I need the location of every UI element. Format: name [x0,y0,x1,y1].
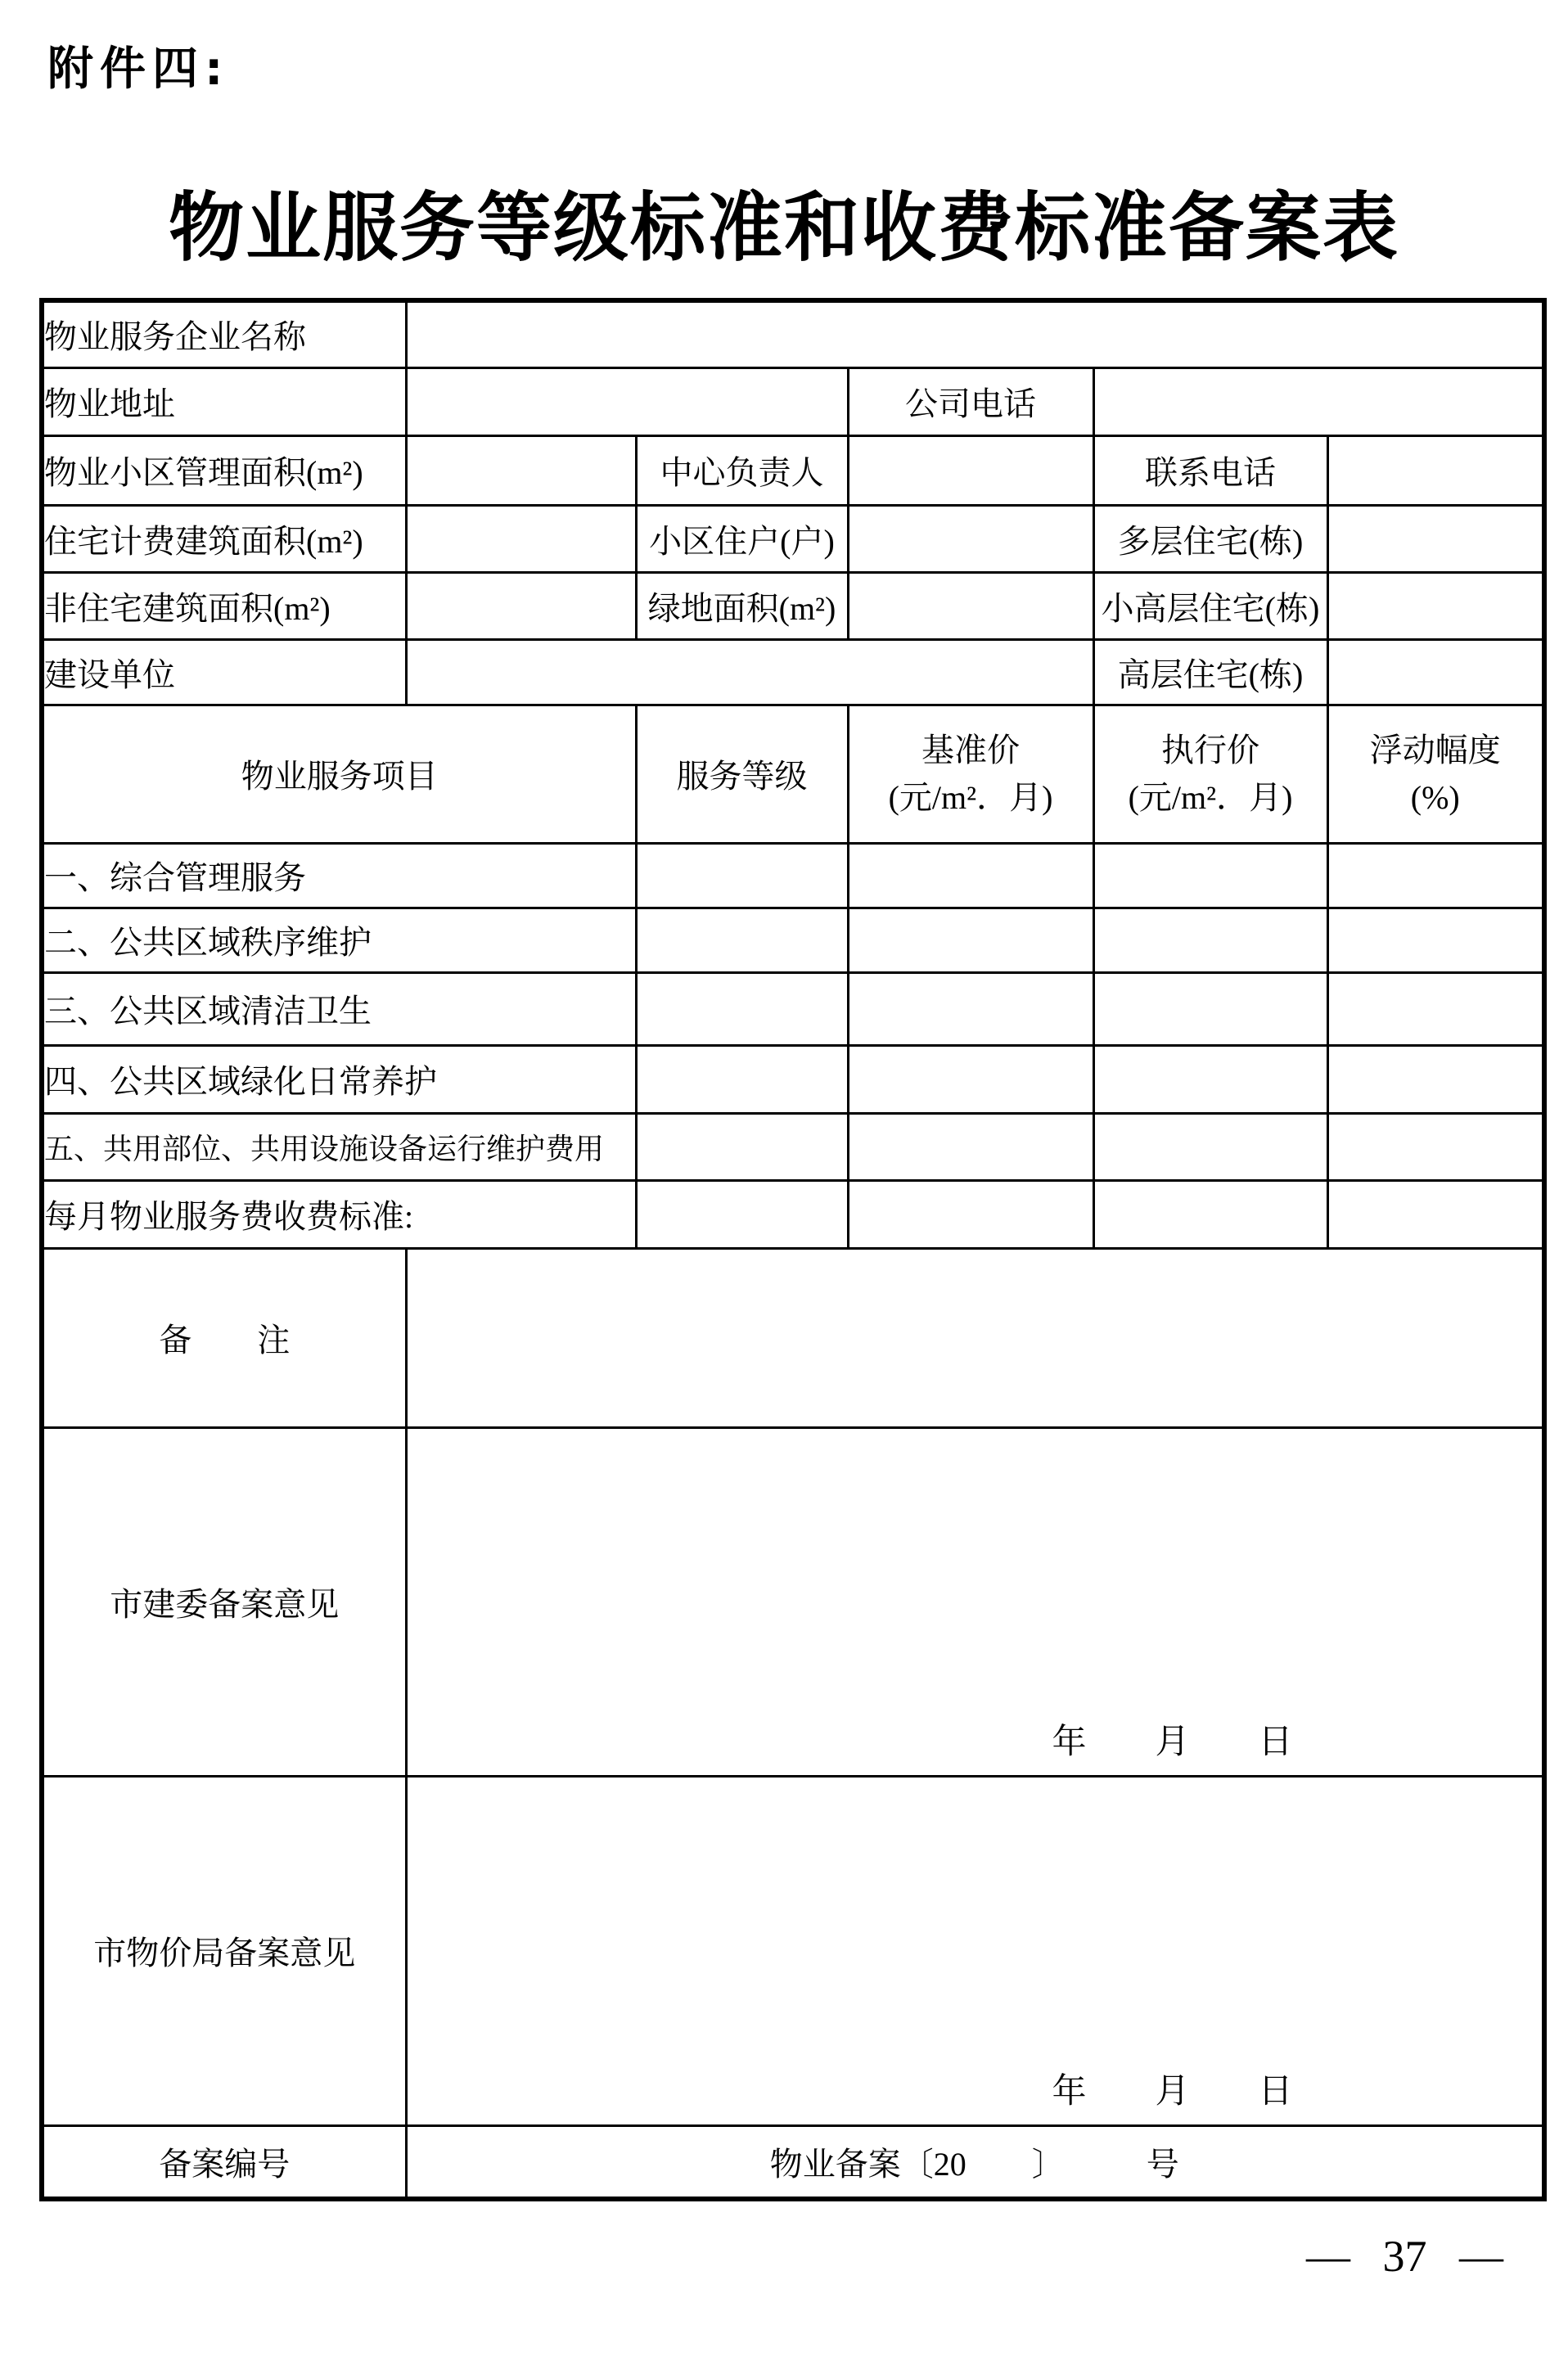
item6-base-price-cell [848,1180,1093,1248]
green-area-value-cell [848,572,1093,639]
property-address-label: 物业地址 [42,367,406,435]
exec-price-header-line2: (元/m²．月) [1095,774,1327,822]
property-address-value-cell [406,367,848,435]
center-manager-value-cell [848,435,1093,505]
base-price-header: 基准价 (元/m²．月) [848,705,1093,843]
item1-service-level-cell [636,843,848,908]
item6-float-range-cell [1327,1180,1544,1248]
page-title: 物业服务等级标准和收费标准备案表 [0,168,1568,276]
construction-committee-label: 市建委备案意见 [42,1427,406,1776]
base-price-header-line1: 基准价 [849,727,1093,774]
exec-price-header-line1: 执行价 [1095,727,1327,774]
item3-exec-price-cell [1093,972,1327,1045]
contact-phone-label: 联系电话 [1093,435,1327,505]
small-highrise-label: 小高层住宅(栋) [1093,572,1327,639]
attachment-label: 附件四: [47,33,229,98]
item3-float-range-cell [1327,972,1544,1045]
service-item-3-label: 三、公共区域清洁卫生 [42,972,636,1045]
item2-exec-price-cell [1093,908,1327,972]
record-number-value: 物业备案〔20 〕 号 [406,2125,1544,2199]
float-range-header: 浮动幅度 (%) [1327,705,1544,843]
item1-base-price-cell [848,843,1093,908]
construction-committee-content-cell: 年 月 日 [406,1427,1544,1776]
company-phone-label: 公司电话 [848,367,1093,435]
item2-float-range-cell [1327,908,1544,972]
remark-label: 备 注 [42,1248,406,1427]
managed-area-label: 物业小区管理面积(m²) [42,435,406,505]
households-label: 小区住户(户) [636,505,848,572]
service-item-2-label: 二、公共区域秩序维护 [42,908,636,972]
service-level-header: 服务等级 [636,705,848,843]
households-value-cell [848,505,1093,572]
service-item-4-label: 四、公共区域绿化日常养护 [42,1045,636,1113]
service-item-1-label: 一、综合管理服务 [42,843,636,908]
item6-exec-price-cell [1093,1180,1327,1248]
highrise-label: 高层住宅(栋) [1093,639,1327,705]
nonresidential-area-label: 非住宅建筑面积(m²) [42,572,406,639]
exec-price-header: 执行价 (元/m²．月) [1093,705,1327,843]
company-phone-value-cell [1093,367,1544,435]
filing-form-table: 物业服务企业名称 物业地址 公司电话 物业小区管理面积(m²) 中心负责人 联系… [39,298,1547,2201]
residential-billing-area-label: 住宅计费建筑面积(m²) [42,505,406,572]
item2-base-price-cell [848,908,1093,972]
multistory-label: 多层住宅(栋) [1093,505,1327,572]
item6-service-level-cell [636,1180,848,1248]
item5-base-price-cell [848,1113,1093,1180]
item5-exec-price-cell [1093,1113,1327,1180]
record-number-label: 备案编号 [42,2125,406,2199]
developer-value-cell [406,639,1093,705]
item1-float-range-cell [1327,843,1544,908]
base-price-header-line2: (元/m²．月) [849,774,1093,822]
price-bureau-content-cell: 年 月 日 [406,1776,1544,2125]
item3-base-price-cell [848,972,1093,1045]
remark-content-cell [406,1248,1544,1427]
item4-base-price-cell [848,1045,1093,1113]
item4-float-range-cell [1327,1045,1544,1113]
construction-committee-date-line: 年 月 日 [1052,1714,1293,1764]
document-page: 附件四: 物业服务等级标准和收费标准备案表 物业服务企业名称 物业地址 公司电话… [0,0,1568,2370]
nonresidential-area-value-cell [406,572,636,639]
residential-billing-area-value-cell [406,505,636,572]
contact-phone-value-cell [1327,435,1544,505]
service-item-5-label: 五、共用部位、共用设施设备运行维护费用 [42,1113,636,1180]
highrise-value-cell [1327,639,1544,705]
service-item-header: 物业服务项目 [42,705,636,843]
item5-float-range-cell [1327,1113,1544,1180]
price-bureau-date-line: 年 月 日 [1052,2064,1293,2113]
item2-service-level-cell [636,908,848,972]
item4-exec-price-cell [1093,1045,1327,1113]
item1-exec-price-cell [1093,843,1327,908]
item4-service-level-cell [636,1045,848,1113]
page-number: — 37 — [1306,2231,1503,2282]
developer-label: 建设单位 [42,639,406,705]
managed-area-value-cell [406,435,636,505]
company-name-label: 物业服务企业名称 [42,300,406,367]
float-range-header-line1: 浮动幅度 [1329,727,1543,774]
multistory-value-cell [1327,505,1544,572]
item5-service-level-cell [636,1113,848,1180]
green-area-label: 绿地面积(m²) [636,572,848,639]
price-bureau-label: 市物价局备案意见 [42,1776,406,2125]
item3-service-level-cell [636,972,848,1045]
center-manager-label: 中心负责人 [636,435,848,505]
monthly-fee-standard-label: 每月物业服务费收费标准: [42,1180,636,1248]
company-name-value-cell [406,300,1544,367]
float-range-header-line2: (%) [1329,774,1543,822]
small-highrise-value-cell [1327,572,1544,639]
